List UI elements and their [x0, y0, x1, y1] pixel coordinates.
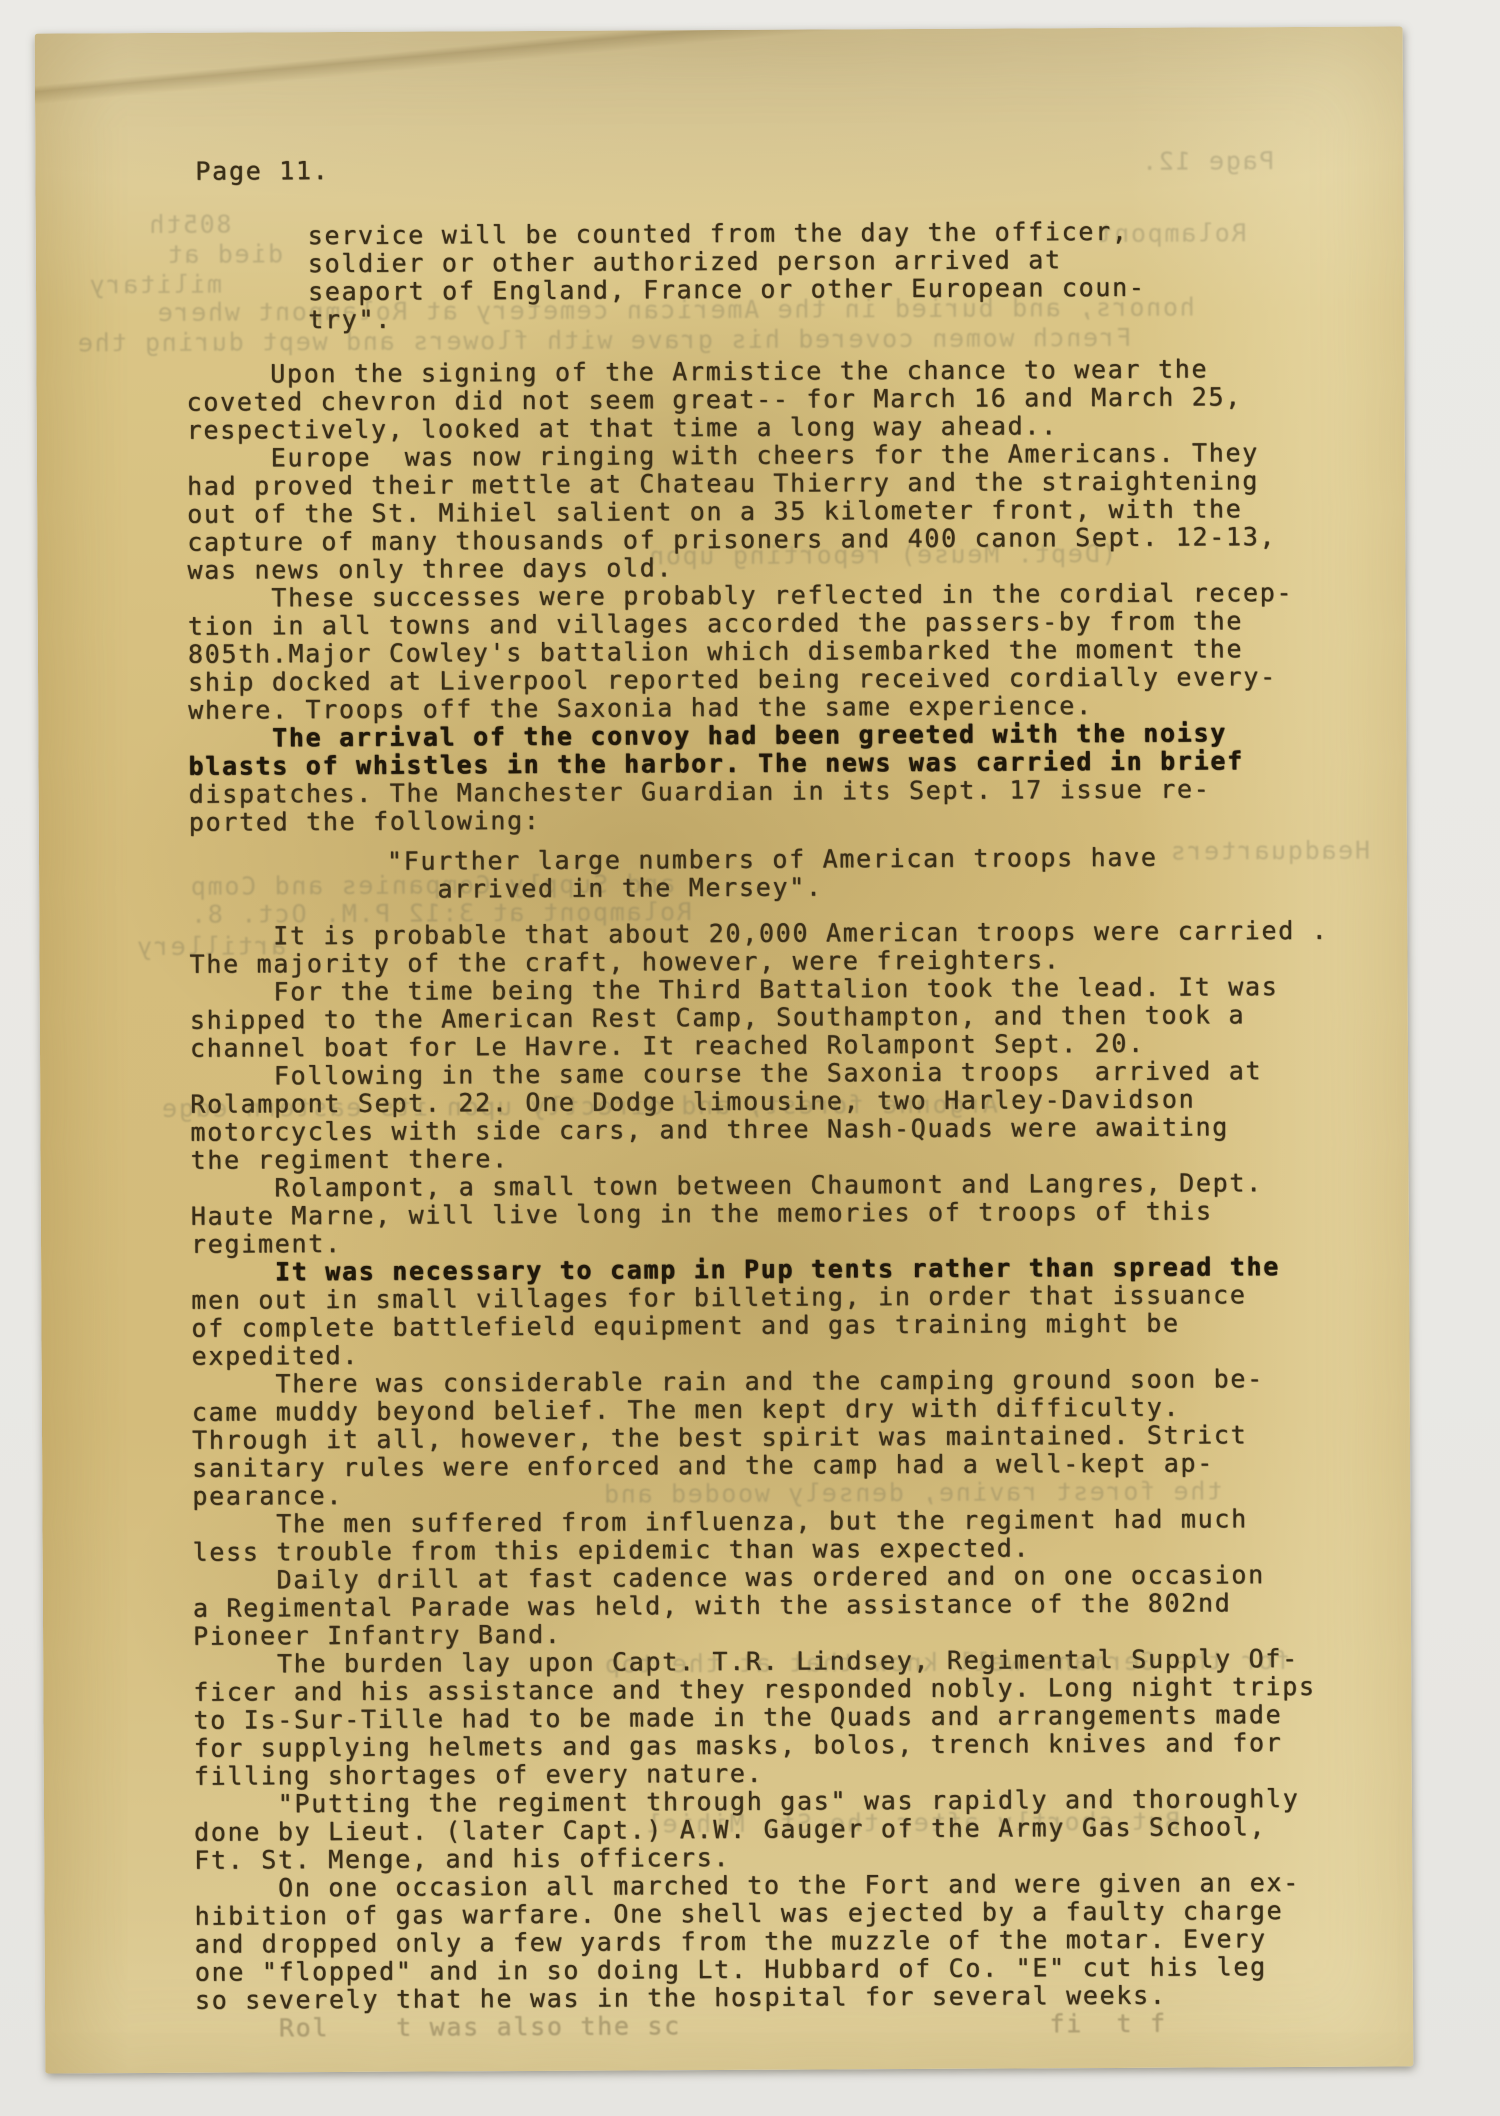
paragraph: Following in the same course the Saxonia… — [190, 1057, 1361, 1175]
paragraph: Upon the signing of the Armistice the ch… — [186, 355, 1356, 445]
document-page: Page 12.Rolampont805thdied atmilitaryhon… — [35, 26, 1414, 2073]
document-content: service will be counted from the day the… — [186, 217, 1366, 2043]
text-line: Rol t was also the sc fi t f — [195, 2009, 1365, 2043]
paragraph: Daily drill at fast cadence was ordered … — [193, 1561, 1363, 1651]
paragraph: There was considerable rain and the camp… — [192, 1365, 1363, 1511]
paragraph: For the time being the Third Battalion t… — [190, 973, 1360, 1063]
paragraph: Europe was now ringing with cheers for t… — [187, 439, 1358, 585]
text-line: try". — [308, 301, 1356, 334]
page-number: Page 11. — [195, 157, 329, 186]
bleed-through-text: Page 12. — [1140, 147, 1274, 176]
quote-block: service will be counted from the day the… — [308, 217, 1357, 334]
paragraph: On one occasion all marched to the Fort … — [194, 1869, 1365, 2015]
paragraph: It is probable that about 20,000 America… — [189, 917, 1359, 979]
text-line: arrived in the Mersey". — [387, 871, 1359, 904]
paragraph: The burden lay upon Capt. T.R. Lindsey, … — [193, 1645, 1364, 1791]
paragraph: Rolampont, a small town between Chaumont… — [191, 1169, 1361, 1259]
quote-block: "Further large numbers of American troop… — [387, 843, 1359, 904]
paragraph: The men suffered from influenza, but the… — [192, 1505, 1362, 1567]
paragraph: The arrival of the convoy had been greet… — [188, 719, 1359, 837]
paragraph: "Putting the regiment through gas" was r… — [194, 1785, 1364, 1875]
paragraph: Rol t was also the sc fi t f — [195, 2009, 1365, 2043]
paragraph: It was necessary to camp in Pup tents ra… — [191, 1253, 1362, 1371]
text-line: ported the following: — [189, 803, 1359, 837]
paragraph: These successes were probably reflected … — [188, 579, 1359, 725]
bleed-through-layer: Page 12.Rolampont805thdied atmilitaryhon… — [35, 26, 1403, 33]
